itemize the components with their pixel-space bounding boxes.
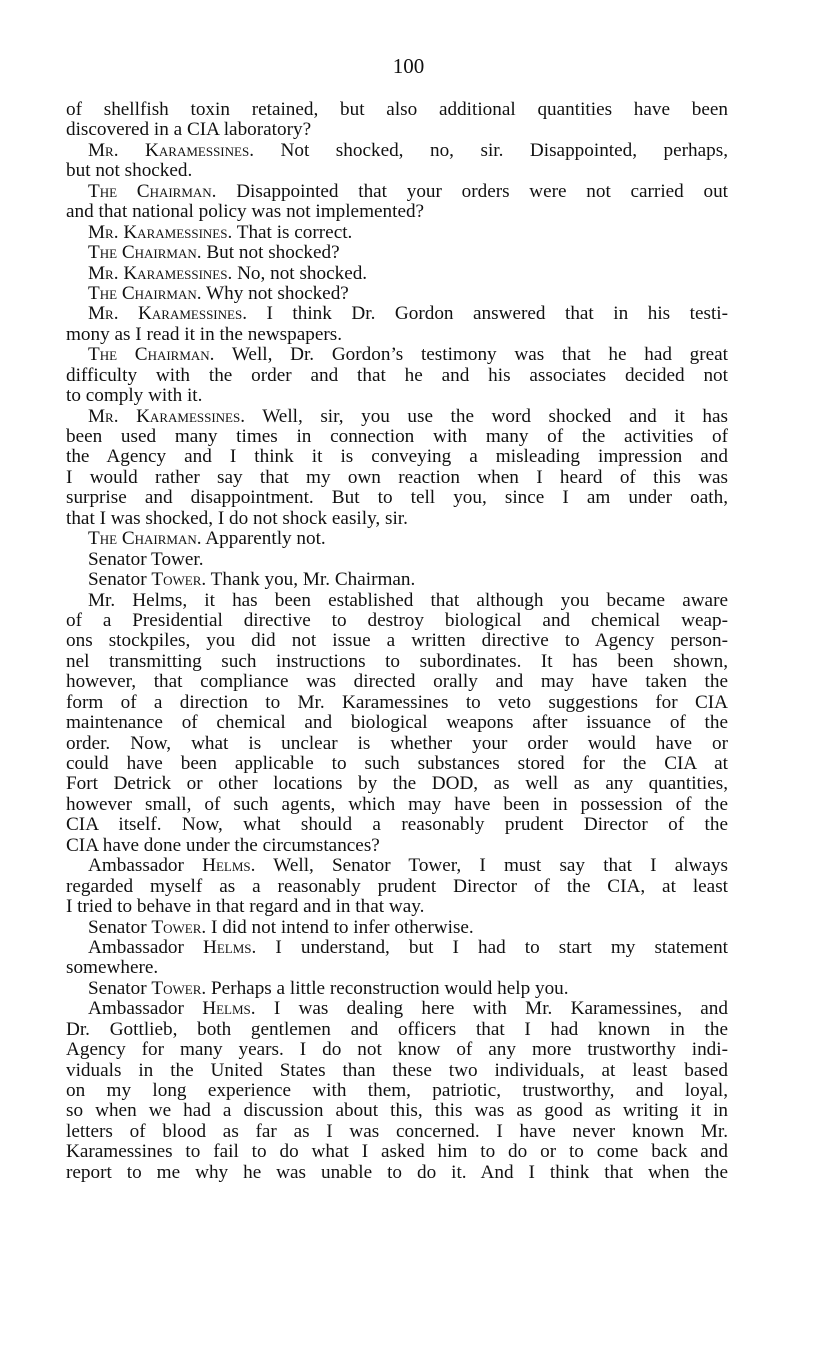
text-line: so when we had a discussion about this, … bbox=[66, 1101, 728, 1121]
line-text: Agency for many years. I do not know of … bbox=[66, 1039, 728, 1060]
page-number: 100 bbox=[0, 53, 817, 79]
text-line: ons stockpiles, you did not issue a writ… bbox=[66, 631, 728, 651]
text-line: Senator Tower. Thank you, Mr. Chairman. bbox=[66, 570, 728, 590]
line-text: the Agency and I think it is conveying a… bbox=[66, 446, 728, 467]
speaker-name: Helms. bbox=[202, 855, 255, 876]
line-text: however, that compliance was directed or… bbox=[66, 671, 728, 692]
line-text: I understand, but I had to start my stat… bbox=[256, 937, 728, 958]
text-line: Mr. Karamessines. That is correct. bbox=[66, 223, 728, 243]
text-line: that I was shocked, I do not shock easil… bbox=[66, 509, 728, 529]
text-line: Karamessines to fail to do what I asked … bbox=[66, 1142, 728, 1162]
speaker-title: Senator bbox=[88, 569, 151, 590]
text-line: Mr. Karamessines. Well, sir, you use the… bbox=[66, 407, 728, 427]
line-text: No, not shocked. bbox=[232, 263, 367, 284]
line-text: of shellfish toxin retained, but also ad… bbox=[66, 99, 728, 120]
text-line: order. Now, what is unclear is whether y… bbox=[66, 734, 728, 754]
line-text: difficulty with the order and that he an… bbox=[66, 365, 728, 386]
speaker-name: Helms. bbox=[203, 937, 256, 958]
speaker-name: The Chairman. bbox=[88, 283, 202, 304]
text-line: The Chairman. Well, Dr. Gordon’s testimo… bbox=[66, 345, 728, 365]
text-line: report to me why he was unable to do it.… bbox=[66, 1163, 728, 1183]
text-line: form of a direction to Mr. Karamessines … bbox=[66, 693, 728, 713]
speaker-title: Ambassador bbox=[88, 937, 203, 958]
line-text: I did not intend to infer otherwise. bbox=[206, 917, 474, 938]
line-text: Not shocked, no, sir. Disappointed, perh… bbox=[254, 140, 728, 161]
line-text: Fort Detrick or other locations by the D… bbox=[66, 773, 728, 794]
line-text: Perhaps a little reconstruction would he… bbox=[206, 978, 568, 999]
text-line: The Chairman. Apparently not. bbox=[66, 529, 728, 549]
speaker-name: The Chairman. bbox=[88, 242, 202, 263]
transcript-body: of shellfish toxin retained, but also ad… bbox=[66, 100, 728, 1183]
speaker-name: Tower. bbox=[151, 917, 206, 938]
line-text: Thank you, Mr. Chairman. bbox=[206, 569, 415, 590]
line-text: discovered in a CIA laboratory? bbox=[66, 119, 311, 140]
line-text: and that national policy was not impleme… bbox=[66, 201, 424, 222]
text-line: surprise and disappointment. But to tell… bbox=[66, 488, 728, 508]
text-line: letters of blood as far as I was concern… bbox=[66, 1122, 728, 1142]
speaker-name: The Chairman. bbox=[88, 181, 216, 202]
speaker-name: The Chairman. bbox=[88, 528, 202, 549]
text-line: to comply with it. bbox=[66, 386, 728, 406]
text-line: but not shocked. bbox=[66, 161, 728, 181]
text-line: Ambassador Helms. Well, Senator Tower, I… bbox=[66, 856, 728, 876]
speaker-title: Senator bbox=[88, 978, 151, 999]
line-text: Apparently not. bbox=[202, 528, 326, 549]
text-line: Senator Tower. bbox=[66, 550, 728, 570]
line-text: Well, Dr. Gordon’s testimony was that he… bbox=[214, 344, 728, 365]
text-line: CIA have done under the circumstances? bbox=[66, 836, 728, 856]
line-text: I was dealing here with Mr. Karamessines… bbox=[256, 998, 728, 1019]
line-text: That is correct. bbox=[232, 222, 352, 243]
line-text: Mr. Helms, it has been established that … bbox=[88, 590, 728, 611]
line-text: viduals in the United States than these … bbox=[66, 1060, 728, 1081]
line-text: I think Dr. Gordon answered that in his … bbox=[247, 303, 728, 324]
text-line: The Chairman. Why not shocked? bbox=[66, 284, 728, 304]
text-line: I would rather say that my own reaction … bbox=[66, 468, 728, 488]
text-line: Mr. Helms, it has been established that … bbox=[66, 591, 728, 611]
text-line: regarded myself as a reasonably prudent … bbox=[66, 877, 728, 897]
line-text: nel transmitting such instructions to su… bbox=[66, 651, 728, 672]
speaker-title: Ambassador bbox=[88, 998, 202, 1019]
line-text: report to me why he was unable to do it.… bbox=[66, 1162, 728, 1183]
text-line: however small, of such agents, which may… bbox=[66, 795, 728, 815]
text-line: the Agency and I think it is conveying a… bbox=[66, 447, 728, 467]
line-text: But not shocked? bbox=[202, 242, 340, 263]
text-line: of shellfish toxin retained, but also ad… bbox=[66, 100, 728, 120]
text-line: and that national policy was not impleme… bbox=[66, 202, 728, 222]
text-line: Senator Tower. I did not intend to infer… bbox=[66, 918, 728, 938]
speaker-title: Ambassador bbox=[88, 855, 202, 876]
text-line: CIA itself. Now, what should a reasonabl… bbox=[66, 815, 728, 835]
line-text: Dr. Gottlieb, both gentlemen and officer… bbox=[66, 1019, 728, 1040]
line-text: however small, of such agents, which may… bbox=[66, 794, 728, 815]
line-text: somewhere. bbox=[66, 957, 158, 978]
line-text: that I was shocked, I do not shock easil… bbox=[66, 508, 408, 529]
text-line: The Chairman. Disappointed that your ord… bbox=[66, 182, 728, 202]
line-text: CIA have done under the circumstances? bbox=[66, 835, 380, 856]
text-line: on my long experience with them, patriot… bbox=[66, 1081, 728, 1101]
line-text: I tried to behave in that regard and in … bbox=[66, 896, 424, 917]
line-text: to comply with it. bbox=[66, 385, 202, 406]
line-text: I would rather say that my own reaction … bbox=[66, 467, 728, 488]
line-text: surprise and disappointment. But to tell… bbox=[66, 487, 728, 508]
text-line: Ambassador Helms. I was dealing here wit… bbox=[66, 999, 728, 1019]
line-text: order. Now, what is unclear is whether y… bbox=[66, 733, 728, 754]
text-line: Mr. Karamessines. I think Dr. Gordon ans… bbox=[66, 304, 728, 324]
line-text: maintenance of chemical and biological w… bbox=[66, 712, 728, 733]
line-text: Well, sir, you use the word shocked and … bbox=[245, 406, 728, 427]
text-line: nel transmitting such instructions to su… bbox=[66, 652, 728, 672]
line-text: mony as I read it in the newspapers. bbox=[66, 324, 342, 345]
text-line: of a Presidential directive to destroy b… bbox=[66, 611, 728, 631]
text-line: difficulty with the order and that he an… bbox=[66, 366, 728, 386]
speaker-name: Mr. Karamessines. bbox=[88, 263, 232, 284]
text-line: discovered in a CIA laboratory? bbox=[66, 120, 728, 140]
line-text: so when we had a discussion about this, … bbox=[66, 1100, 728, 1121]
speaker-name: Mr. Karamessines. bbox=[88, 140, 254, 161]
speaker-name: Mr. Karamessines. bbox=[88, 406, 245, 427]
line-text: Senator Tower. bbox=[88, 549, 204, 570]
line-text: regarded myself as a reasonably prudent … bbox=[66, 876, 728, 897]
line-text: Well, Senator Tower, I must say that I a… bbox=[255, 855, 728, 876]
speaker-name: Helms. bbox=[202, 998, 255, 1019]
line-text: CIA itself. Now, what should a reasonabl… bbox=[66, 814, 728, 835]
speaker-title: Senator bbox=[88, 917, 151, 938]
speaker-name: Mr. Karamessines. bbox=[88, 303, 247, 324]
document-page: 100 of shellfish toxin retained, but als… bbox=[0, 0, 817, 1365]
text-line: Dr. Gottlieb, both gentlemen and officer… bbox=[66, 1020, 728, 1040]
line-text: been used many times in connection with … bbox=[66, 426, 728, 447]
text-line: Mr. Karamessines. Not shocked, no, sir. … bbox=[66, 141, 728, 161]
text-line: could have been applicable to such subst… bbox=[66, 754, 728, 774]
text-line: The Chairman. But not shocked? bbox=[66, 243, 728, 263]
text-line: mony as I read it in the newspapers. bbox=[66, 325, 728, 345]
text-line: Mr. Karamessines. No, not shocked. bbox=[66, 264, 728, 284]
line-text: form of a direction to Mr. Karamessines … bbox=[66, 692, 728, 713]
speaker-name: Tower. bbox=[151, 978, 206, 999]
line-text: letters of blood as far as I was concern… bbox=[66, 1121, 728, 1142]
text-line: maintenance of chemical and biological w… bbox=[66, 713, 728, 733]
speaker-name: Tower. bbox=[151, 569, 206, 590]
text-line: Fort Detrick or other locations by the D… bbox=[66, 774, 728, 794]
speaker-name: The Chairman. bbox=[88, 344, 214, 365]
line-text: on my long experience with them, patriot… bbox=[66, 1080, 728, 1101]
line-text: Disappointed that your orders were not c… bbox=[216, 181, 728, 202]
line-text: ons stockpiles, you did not issue a writ… bbox=[66, 630, 728, 651]
text-line: Senator Tower. Perhaps a little reconstr… bbox=[66, 979, 728, 999]
text-line: I tried to behave in that regard and in … bbox=[66, 897, 728, 917]
text-line: been used many times in connection with … bbox=[66, 427, 728, 447]
text-line: viduals in the United States than these … bbox=[66, 1061, 728, 1081]
line-text: could have been applicable to such subst… bbox=[66, 753, 728, 774]
speaker-name: Mr. Karamessines. bbox=[88, 222, 232, 243]
line-text: Why not shocked? bbox=[202, 283, 349, 304]
text-line: somewhere. bbox=[66, 958, 728, 978]
line-text: Karamessines to fail to do what I asked … bbox=[66, 1141, 728, 1162]
line-text: but not shocked. bbox=[66, 160, 192, 181]
text-line: Ambassador Helms. I understand, but I ha… bbox=[66, 938, 728, 958]
text-line: however, that compliance was directed or… bbox=[66, 672, 728, 692]
line-text: of a Presidential directive to destroy b… bbox=[66, 610, 728, 631]
text-line: Agency for many years. I do not know of … bbox=[66, 1040, 728, 1060]
